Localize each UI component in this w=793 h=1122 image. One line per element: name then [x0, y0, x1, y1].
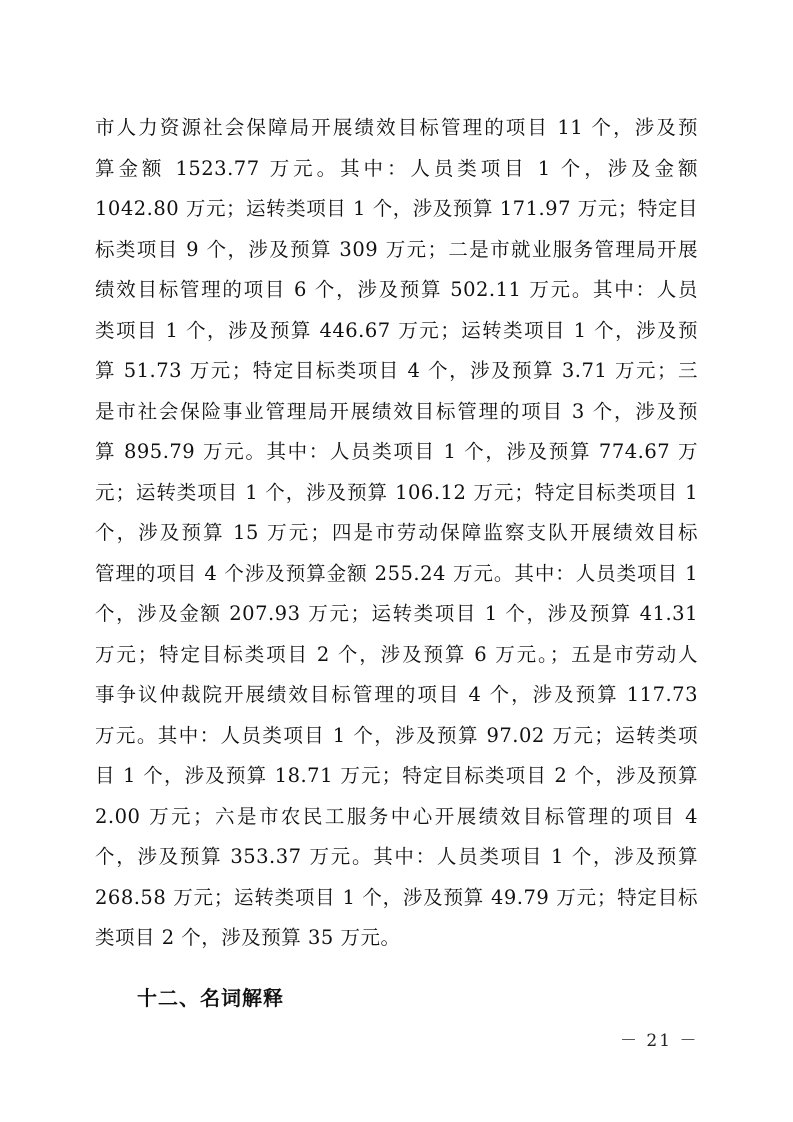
text-line: 是市社会保险事业管理局开展绩效目标管理的项目 3 个，涉及预 [95, 392, 698, 433]
text-line: 万元。其中：人员类项目 1 个，涉及预算 97.02 万元；运转类项 [95, 716, 698, 757]
text-line: 目 1 个，涉及预算 18.71 万元；特定目标类项目 2 个，涉及预算 [95, 756, 698, 797]
text-line: 268.58 万元；运转类项目 1 个，涉及预算 49.79 万元；特定目标 [95, 878, 698, 919]
text-line: 2.00 万元；六是市农民工服务中心开展绩效目标管理的项目 4 [95, 797, 698, 838]
text-line: 管理的项目 4 个涉及预算金额 255.24 万元。其中：人员类项目 1 [95, 554, 698, 595]
text-line: 个，涉及预算 353.37 万元。其中：人员类项目 1 个，涉及预算 [95, 837, 698, 878]
text-line: 绩效目标管理的项目 6 个，涉及预算 502.11 万元。其中：人员 [95, 270, 698, 311]
section-heading: 十二、名词解释 [137, 982, 284, 1011]
text-line: 类项目 2 个，涉及预算 35 万元。 [95, 918, 698, 959]
text-line: 万元；特定目标类项目 2 个，涉及预算 6 万元。；五是市劳动人 [95, 635, 698, 676]
text-line: 算 51.73 万元；特定目标类项目 4 个，涉及预算 3.71 万元；三 [95, 351, 698, 392]
text-line: 市人力资源社会保障局开展绩效目标管理的项目 11 个，涉及预 [95, 108, 698, 149]
body-paragraph: 市人力资源社会保障局开展绩效目标管理的项目 11 个，涉及预 算金额 1523.… [95, 108, 698, 959]
text-line: 算金额 1523.77 万元。其中：人员类项目 1 个，涉及金额 [95, 149, 698, 190]
text-line: 个，涉及金额 207.93 万元；运转类项目 1 个，涉及预算 41.31 [95, 594, 698, 635]
text-line: 1042.80 万元；运转类项目 1 个，涉及预算 171.97 万元；特定目 [95, 189, 698, 230]
text-line: 标类项目 9 个，涉及预算 309 万元；二是市就业服务管理局开展 [95, 230, 698, 271]
text-line: 算 895.79 万元。其中：人员类项目 1 个，涉及预算 774.67 万 [95, 432, 698, 473]
text-line: 事争议仲裁院开展绩效目标管理的项目 4 个，涉及预算 117.73 [95, 675, 698, 716]
document-page: 市人力资源社会保障局开展绩效目标管理的项目 11 个，涉及预 算金额 1523.… [0, 0, 793, 1122]
page-number: － 21 － [620, 1026, 698, 1051]
text-line: 元；运转类项目 1 个，涉及预算 106.12 万元；特定目标类项目 1 [95, 473, 698, 514]
text-line: 类项目 1 个，涉及预算 446.67 万元；运转类项目 1 个，涉及预 [95, 311, 698, 352]
text-line: 个，涉及预算 15 万元；四是市劳动保障监察支队开展绩效目标 [95, 513, 698, 554]
